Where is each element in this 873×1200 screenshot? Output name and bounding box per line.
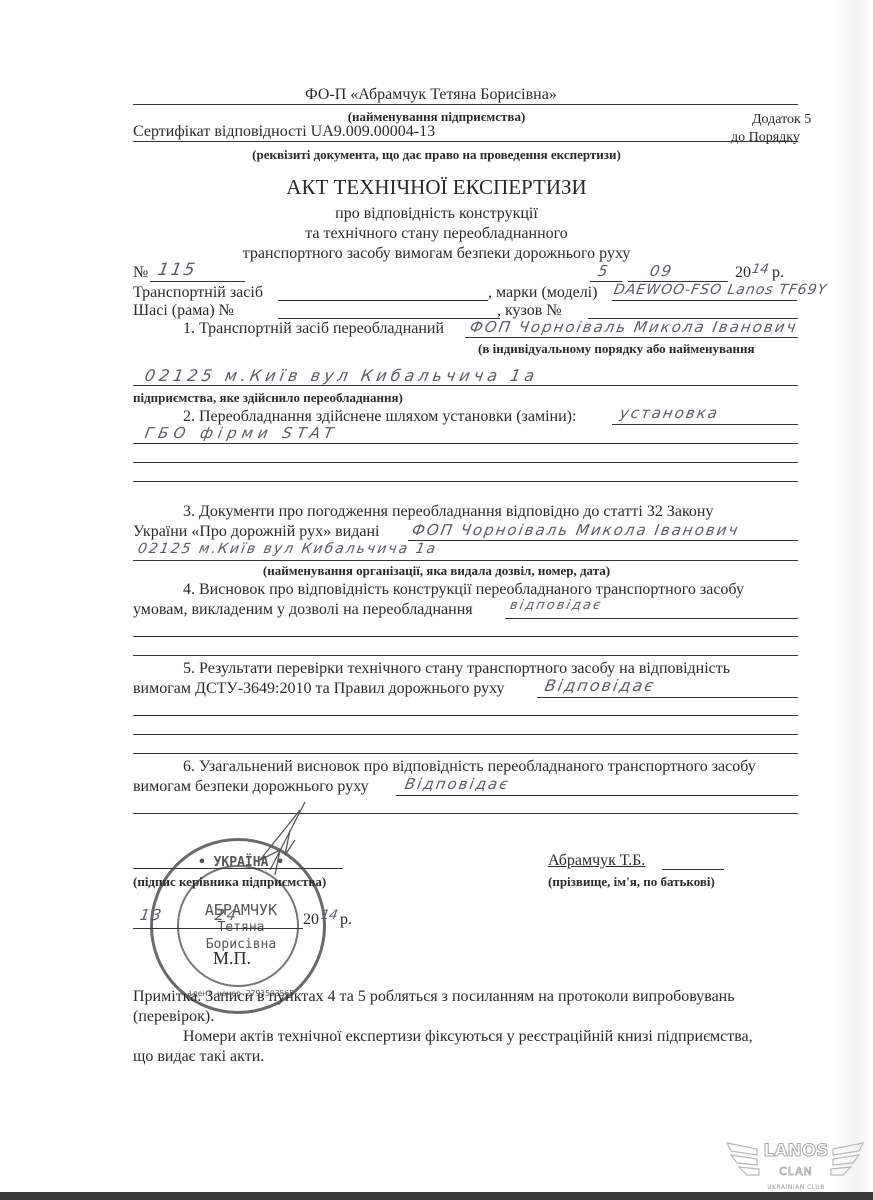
section-2-underline-3 xyxy=(133,462,798,463)
vehicle-label: Транспортній засіб xyxy=(133,284,263,302)
act-number-label: № xyxy=(133,264,148,282)
signer-name-underline xyxy=(662,869,724,870)
section-2-value-1: установка xyxy=(618,404,720,422)
certificate-caption: (реквізиті документа, що дає право на пр… xyxy=(0,146,873,164)
section-2-underline-1 xyxy=(612,424,798,425)
act-number-value: 115 xyxy=(156,260,198,280)
signature-date-day: 13 xyxy=(138,906,164,924)
date-month: 09 xyxy=(648,262,674,280)
note-line-4: що видає такі акти. xyxy=(133,1048,264,1066)
section-2-underline-4 xyxy=(133,481,798,482)
section-5-label-2: вимогам ДСТУ-3649:2010 та Правил дорожнь… xyxy=(133,680,505,698)
chassis-underline xyxy=(278,318,500,319)
certificate-text: Сертифікат відповідності UA9.009.00004-1… xyxy=(133,123,435,141)
section-1-label: 1. Транспортній засіб переобладнаний xyxy=(183,320,444,338)
section-1-underline-1 xyxy=(465,337,798,338)
note-line-1: Примітка. Записи в пунктах 4 та 5 роблят… xyxy=(133,988,735,1006)
section-4-value: відповідає xyxy=(509,598,604,613)
section-3-value-1: ФОП Чорноіваль Микола Іванович xyxy=(410,521,741,539)
section-3-underline-1 xyxy=(408,540,798,541)
note-line-3: Номери актів технічної експертизи фіксую… xyxy=(183,1028,753,1046)
note-line-2: (перевірок). xyxy=(133,1008,214,1026)
watermark-sub: CLAN xyxy=(769,1165,823,1178)
enterprise-caption: (найменування підприємства) xyxy=(0,108,873,126)
section-1-caption-b: підприємства, яке здійснило переобладнан… xyxy=(133,389,403,407)
signature-year-suffix: р. xyxy=(340,911,352,929)
date-year-prefix: 20 xyxy=(735,264,751,282)
brand-value: DAEWOO-FSO Lanos TF69Y xyxy=(613,282,829,298)
vehicle-underline xyxy=(278,300,488,301)
document-title: АКТ ТЕХНІЧНОЇ ЕКСПЕРТИЗИ xyxy=(0,178,873,196)
section-5-value: Відповідає xyxy=(543,676,657,695)
enterprise-underline xyxy=(133,104,798,105)
signature-date-month: 24 xyxy=(213,906,239,924)
brand-underline xyxy=(612,300,797,301)
section-4-underline-2 xyxy=(133,636,798,637)
section-3-underline-2 xyxy=(133,560,798,561)
watermark-tagline: UKRAINIAN CLUB xyxy=(755,1184,837,1191)
certificate-underline xyxy=(133,141,798,142)
section-3-label-2: України «Про дорожній рух» видані xyxy=(133,523,379,541)
section-3-caption: (найменування організації, яка видала до… xyxy=(0,562,873,580)
subtitle-line-2: та технічного стану переобладнанного xyxy=(0,225,873,243)
watermark-brand: LANOS xyxy=(761,1141,831,1161)
section-2-value-2: ГБО фірми STAT xyxy=(143,424,339,442)
section-5-underline-1 xyxy=(537,697,798,698)
section-6-value: Відповідає xyxy=(403,775,511,793)
section-5-underline-2 xyxy=(133,715,798,716)
date-suffix: р. xyxy=(772,264,784,282)
section-2-underline-2 xyxy=(133,443,798,444)
section-6-label-2: вимогам безпеки дорожнього руху xyxy=(133,778,369,796)
section-6-label-1: 6. Узагальнений висновок про відповідніс… xyxy=(183,758,756,776)
signer-name: Абрамчук Т.Б. xyxy=(548,852,645,870)
section-1-value-2: 02125 м.Київ вул Кибальчича 1а xyxy=(143,366,540,385)
appendix-order: до Порядку xyxy=(731,129,800,147)
scan-bottom-edge xyxy=(0,1192,873,1200)
signature-caption: (підпис керівника підприємства) xyxy=(133,873,326,891)
section-6-underline-2 xyxy=(133,813,798,814)
enterprise-name: ФО-П «Абрамчук Тетяна Борисівна» xyxy=(305,86,557,104)
lanos-clan-watermark: LANOS CLAN UKRAINIAN CLUB xyxy=(725,1135,865,1197)
section-5-underline-3 xyxy=(133,734,798,735)
section-6-underline-1 xyxy=(396,795,798,796)
subtitle-line-1: про відповідність конструкції xyxy=(0,205,873,223)
section-4-underline-3 xyxy=(133,655,798,656)
stamp-place-mark: М.П. xyxy=(213,949,251,967)
brand-label: , марки (моделі) xyxy=(488,284,597,302)
section-4-label-2: умовам, викладеним у дозволі на переобла… xyxy=(133,601,473,619)
signature-date-underline xyxy=(133,928,303,929)
section-3-label-1: 3. Документи про погодження переобладнан… xyxy=(183,503,713,521)
section-1-underline-2 xyxy=(133,385,798,386)
section-3-value-2: 02125 м.Київ вул Кибальчича 1а xyxy=(137,541,439,557)
section-1-caption-a: (в індивідуальному порядку або найменува… xyxy=(478,340,755,358)
act-number-underline xyxy=(150,281,245,282)
section-5-underline-4 xyxy=(133,753,798,754)
signer-name-caption: (прізвище, ім'я, по батькові) xyxy=(548,873,715,891)
section-4-underline-1 xyxy=(505,618,798,619)
subtitle-line-3: транспортного засобу вимогам безпеки дор… xyxy=(0,245,873,263)
section-1-value-1: ФОП Чорноіваль Микола Іванович xyxy=(468,318,799,336)
chassis-label: Шасі (рама) № xyxy=(133,302,234,320)
signature-year-value: 14 xyxy=(320,908,339,923)
date-year-value: 14 xyxy=(751,262,770,277)
signature-year-prefix: 20 xyxy=(303,911,319,929)
date-day: 5 xyxy=(596,262,611,280)
section-4-label-1: 4. Висновок про відповідність конструкці… xyxy=(183,581,744,599)
signature-underline xyxy=(133,868,343,869)
